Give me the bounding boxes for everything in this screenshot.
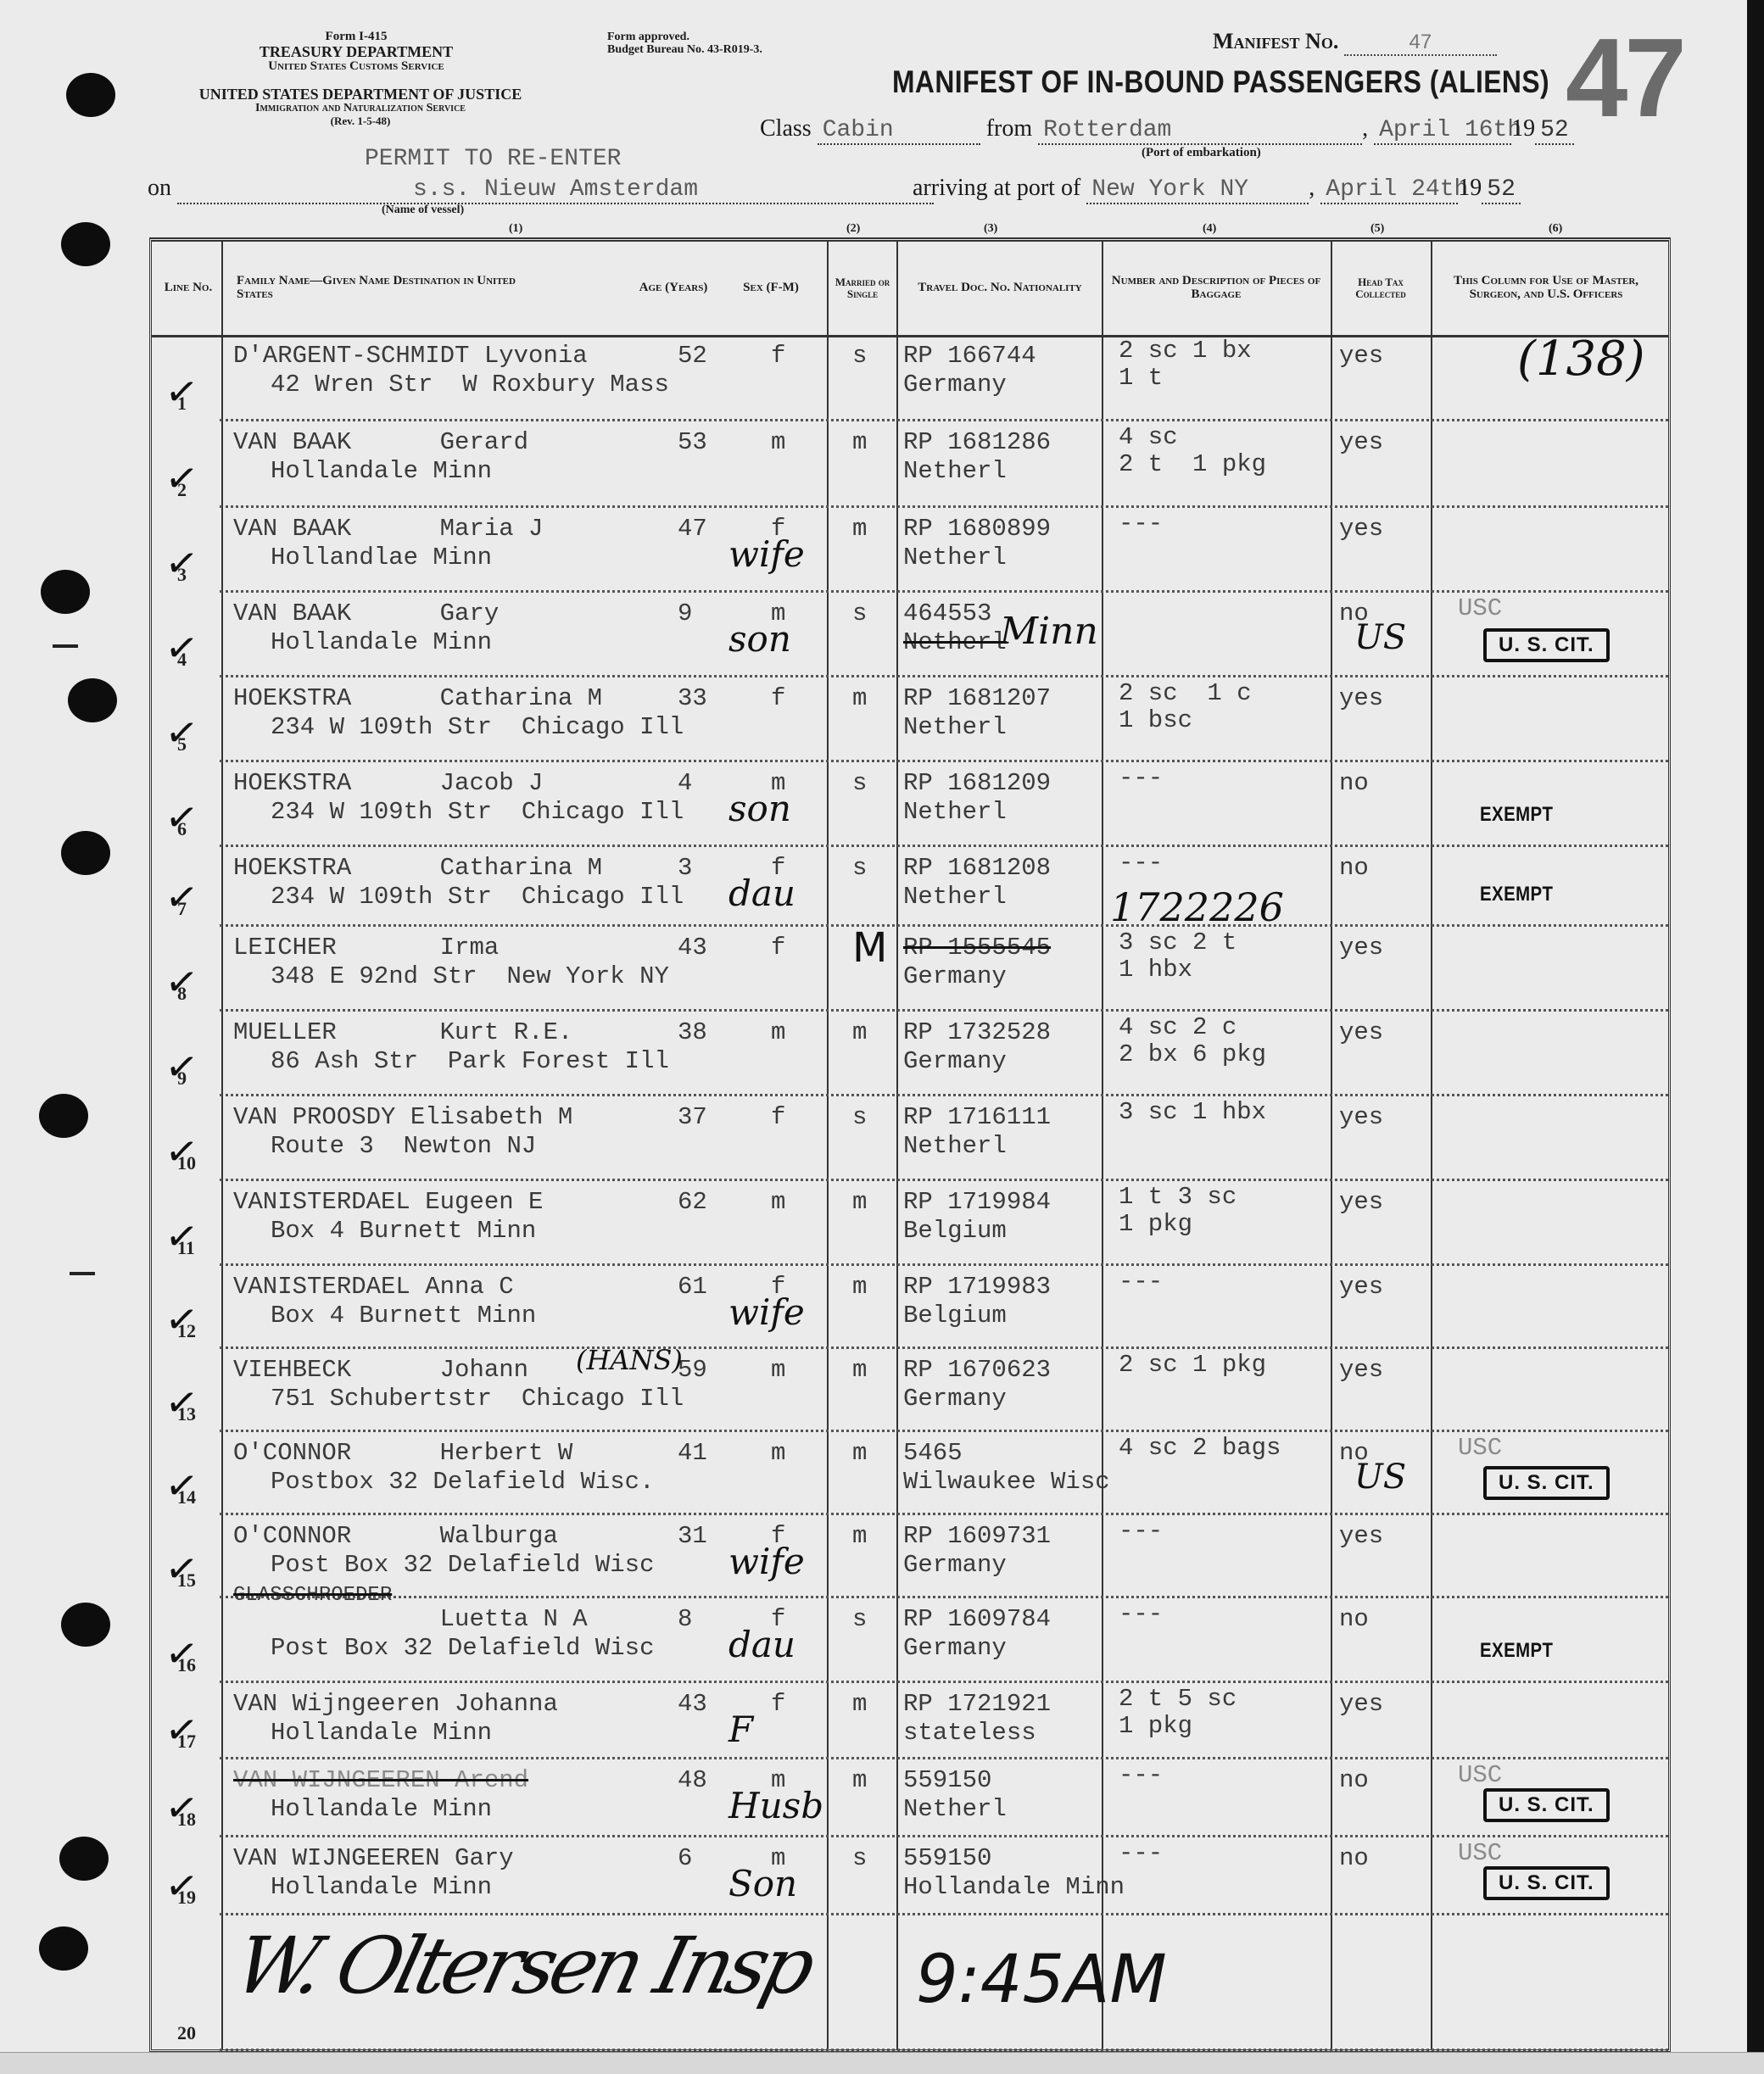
us-citizen-stamp: U. S. CIT. bbox=[1483, 1788, 1610, 1822]
destination: Hollandlae Minn bbox=[271, 544, 492, 572]
age: 48 bbox=[678, 1766, 707, 1795]
marital-status: s bbox=[852, 1605, 867, 1634]
nationality: stateless bbox=[903, 1719, 1036, 1748]
passenger-name: O'CONNOR Herbert W bbox=[233, 1439, 572, 1468]
table-row: ✓ 3 VAN BAAK Maria J Hollandlae Minn 47 … bbox=[152, 508, 1668, 593]
nationality: Germany bbox=[903, 962, 1007, 991]
table-row: ✓ 9 MUELLER Kurt R.E. 86 Ash Str Park Fo… bbox=[152, 1012, 1668, 1096]
line-number: 5 bbox=[177, 733, 187, 755]
punch-hole-icon bbox=[39, 1926, 88, 1971]
line-number: 13 bbox=[177, 1403, 196, 1425]
table-row: ✓ 11 VANISTERDAEL Eugeen E Box 4 Burnett… bbox=[152, 1181, 1668, 1266]
baggage-line-1: --- bbox=[1119, 1600, 1163, 1629]
stamped-page-number: 47 bbox=[1566, 22, 1683, 134]
page-title: MANIFEST OF IN-BOUND PASSENGERS (ALIENS) bbox=[892, 64, 1549, 100]
age: 33 bbox=[678, 684, 707, 713]
header-line-no: Line No. bbox=[160, 242, 216, 335]
manifest-number-field: Manifest No. 47 bbox=[1213, 29, 1497, 56]
head-tax: no bbox=[1339, 1844, 1369, 1873]
line-number: 10 bbox=[177, 1152, 196, 1174]
baggage-line-1: --- bbox=[1119, 1761, 1163, 1790]
arrival-year-prefix: 19 bbox=[1458, 175, 1482, 201]
punch-hole-icon bbox=[61, 831, 110, 875]
head-tax: yes bbox=[1339, 1188, 1383, 1217]
age: 53 bbox=[678, 428, 707, 457]
passenger-name: HOEKSTRA Catharina M bbox=[233, 854, 602, 883]
destination: Postbox 32 Delafield Wisc. bbox=[271, 1468, 654, 1497]
marital-status: m bbox=[852, 1522, 867, 1551]
nationality: Germany bbox=[903, 1047, 1007, 1076]
baggage-line-1: 3 sc 2 t bbox=[1119, 928, 1236, 957]
marital-status: m bbox=[852, 1188, 867, 1217]
destination: Hollandale Minn bbox=[271, 628, 492, 657]
travel-doc-number: RP 1721921 bbox=[903, 1690, 1051, 1719]
baggage-line-1: 4 sc 2 bags bbox=[1119, 1434, 1281, 1463]
sex: m bbox=[771, 1188, 785, 1217]
budget-bureau-number: Budget Bureau No. 43-R019-3. bbox=[607, 43, 762, 56]
baggage-line-2: 1 t bbox=[1119, 364, 1163, 393]
baggage-line-1: --- bbox=[1119, 1839, 1163, 1868]
vessel-line: on s.s. Nieuw Amsterdam bbox=[148, 175, 934, 204]
vessel-name: s.s. Nieuw Amsterdam bbox=[177, 176, 934, 204]
marital-status: m bbox=[852, 1356, 867, 1385]
baggage-line-1: 3 sc 1 hbx bbox=[1119, 1098, 1266, 1127]
ins-title: Immigration and Naturalization Service bbox=[144, 103, 577, 115]
nationality: Netherl bbox=[903, 544, 1007, 572]
destination: Route 3 Newton NJ bbox=[271, 1132, 536, 1161]
manifest-number-value: 47 bbox=[1344, 31, 1497, 56]
header-head-tax: Head Tax Collected bbox=[1334, 242, 1427, 335]
handwritten-relation: son bbox=[728, 788, 791, 829]
baggage-line-1: 2 sc 1 c bbox=[1119, 679, 1252, 708]
travel-doc-number: RP 1670623 bbox=[903, 1356, 1051, 1385]
punch-hole-icon bbox=[68, 678, 117, 722]
arrival-line: arriving at port of New York NY, April 2… bbox=[913, 175, 1521, 204]
table-row: ✓ 17 VAN Wijngeeren Johanna Hollandale M… bbox=[152, 1683, 1668, 1759]
line-number: 6 bbox=[177, 818, 187, 840]
sex: m bbox=[771, 1439, 785, 1468]
travel-doc-number: RP 1681208 bbox=[903, 854, 1051, 883]
handwritten-nationality: Minn bbox=[1000, 610, 1098, 653]
destination: 234 W 109th Str Chicago Ill bbox=[271, 713, 684, 742]
inspector-signature: W. Oltersen Insp bbox=[226, 1921, 820, 2011]
head-tax: yes bbox=[1339, 428, 1383, 457]
revision: (Rev. 1-5-48) bbox=[144, 115, 577, 127]
table-row: ✓ 4 VAN BAAK Gary Hollandale Minn 9 m s … bbox=[152, 593, 1668, 677]
punch-hole-icon bbox=[41, 570, 90, 614]
passenger-name: VAN BAAK Maria J bbox=[233, 515, 543, 544]
class-label: Class bbox=[760, 115, 812, 142]
table-row: ✓ 2 VAN BAAK Gerard Hollandale Minn 53 m… bbox=[152, 421, 1668, 508]
destination: Box 4 Burnett Minn bbox=[271, 1217, 536, 1246]
header-sex: Sex (F-M) bbox=[737, 242, 805, 335]
line-number: 1 bbox=[177, 393, 187, 415]
passenger-name: O'CONNOR Walburga bbox=[233, 1522, 558, 1551]
destination: 234 W 109th Str Chicago Ill bbox=[271, 883, 684, 912]
destination: 234 W 109th Str Chicago Ill bbox=[271, 798, 684, 827]
baggage-line-1: --- bbox=[1119, 510, 1163, 538]
table-row: ✓ 6 HOEKSTRA Jacob J 234 W 109th Str Chi… bbox=[152, 762, 1668, 847]
head-tax: no bbox=[1339, 1605, 1369, 1634]
marital-status: m bbox=[852, 1273, 867, 1302]
exempt-stamp: EXEMPT bbox=[1480, 803, 1553, 827]
line-number: 12 bbox=[177, 1320, 196, 1342]
line-number: 19 bbox=[177, 1887, 196, 1909]
handwritten-doc-number: 1722226 bbox=[1110, 884, 1284, 930]
age: 9 bbox=[678, 599, 692, 628]
table-row: ✓ 10 VAN PROOSDY Elisabeth M Route 3 New… bbox=[152, 1096, 1668, 1181]
line-number: 8 bbox=[177, 983, 187, 1005]
from-label: from bbox=[986, 115, 1032, 142]
table-row: ✓ 12 VANISTERDAEL Anna C Box 4 Burnett M… bbox=[152, 1266, 1668, 1349]
head-tax: yes bbox=[1339, 1690, 1383, 1719]
handwritten-relation: Husb bbox=[728, 1785, 823, 1826]
header-baggage: Number and Description of Pieces of Bagg… bbox=[1105, 242, 1327, 335]
travel-doc-number: 5465 bbox=[903, 1439, 963, 1468]
passenger-name: VAN BAAK Gerard bbox=[233, 428, 528, 457]
table-row: ✓ 8 LEICHER Irma 348 E 92nd Str New York… bbox=[152, 927, 1668, 1012]
destination: Box 4 Burnett Minn bbox=[271, 1302, 536, 1330]
header-officers: This Column for Use of Master, Surgeon, … bbox=[1436, 242, 1656, 335]
baggage-line-1: 2 t 5 sc bbox=[1119, 1685, 1236, 1714]
header-name-destination: Family Name—Given Name Destination in Un… bbox=[237, 242, 525, 335]
handwritten-relation: dau bbox=[728, 873, 795, 914]
line-number: 2 bbox=[177, 479, 187, 501]
line-number: 17 bbox=[177, 1731, 196, 1753]
head-tax: yes bbox=[1339, 1356, 1383, 1385]
line-number: 18 bbox=[177, 1809, 196, 1831]
signature-time: 9:45AM bbox=[916, 1942, 1167, 2018]
column-number: (1) bbox=[509, 222, 522, 236]
us-citizen-stamp: U. S. CIT. bbox=[1483, 1866, 1610, 1900]
table-row: ✓ 13 VIEHBECK Johann 751 Schubertstr Chi… bbox=[152, 1349, 1668, 1432]
vessel-caption: (Name of vessel) bbox=[382, 203, 464, 217]
marital-status: s bbox=[852, 599, 867, 628]
travel-doc-number: RP 1609784 bbox=[903, 1605, 1051, 1634]
baggage-line-2: 2 bx 6 pkg bbox=[1119, 1040, 1266, 1069]
handwritten-relation: wife bbox=[728, 533, 805, 575]
nationality: Germany bbox=[903, 1634, 1007, 1663]
nationality: Germany bbox=[903, 1551, 1007, 1580]
nationality: Wilwaukee Wisc bbox=[903, 1468, 1110, 1497]
exempt-stamp: EXEMPT bbox=[1480, 1639, 1553, 1663]
baggage-line-2: 2 t 1 pkg bbox=[1119, 450, 1266, 479]
passenger-name: VIEHBECK Johann bbox=[233, 1356, 528, 1385]
doj-title: UNITED STATES DEPARTMENT OF JUSTICE bbox=[144, 86, 577, 103]
table-row: ✓ 19 VAN WIJNGEEREN Gary Hollandale Minn… bbox=[152, 1837, 1668, 1915]
age: 47 bbox=[678, 515, 707, 544]
head-tax: no bbox=[1339, 854, 1369, 883]
age: 52 bbox=[678, 342, 707, 371]
nationality: Netherl bbox=[903, 1795, 1007, 1824]
destination: Hollandale Minn bbox=[271, 1719, 492, 1748]
head-tax: yes bbox=[1339, 515, 1383, 544]
punch-hole-icon bbox=[61, 222, 110, 266]
table-row: ✓ 14 O'CONNOR Herbert W Postbox 32 Delaf… bbox=[152, 1432, 1668, 1515]
punch-hole-icon bbox=[61, 1603, 110, 1647]
age: 4 bbox=[678, 769, 692, 798]
sex: f bbox=[771, 934, 785, 962]
customs-service: United States Customs Service bbox=[204, 60, 509, 74]
baggage-line-1: --- bbox=[1119, 849, 1163, 878]
nationality: Germany bbox=[903, 371, 1007, 399]
travel-doc-number: RP 1681286 bbox=[903, 428, 1051, 457]
marital-status: s bbox=[852, 854, 867, 883]
column-number: (2) bbox=[846, 222, 860, 236]
nationality: Netherl bbox=[903, 713, 1007, 742]
nationality: Belgium bbox=[903, 1302, 1007, 1330]
sex: m bbox=[771, 1356, 785, 1385]
line-number: 20 bbox=[177, 2022, 196, 2044]
table-row: ✓ 18 VAN WIJNGEEREN Arend Hollandale Min… bbox=[152, 1759, 1668, 1837]
embarkation-port: Rotterdam bbox=[1038, 117, 1362, 145]
marital-status: M bbox=[852, 934, 887, 962]
form-number: Form I-415 bbox=[204, 31, 509, 44]
baggage-line-2: 1 hbx bbox=[1119, 956, 1192, 984]
header-travel-doc: Travel Doc. No. Nationality bbox=[915, 242, 1085, 335]
line-number: 14 bbox=[177, 1486, 196, 1508]
marital-status: m bbox=[852, 515, 867, 544]
column-number: (6) bbox=[1549, 222, 1562, 236]
line-number: 3 bbox=[177, 564, 187, 586]
travel-doc-number: RP 1681209 bbox=[903, 769, 1051, 798]
destination: 42 Wren Str W Roxbury Mass bbox=[271, 371, 669, 399]
passenger-name: HOEKSTRA Catharina M bbox=[233, 684, 602, 713]
passenger-name: MUELLER Kurt R.E. bbox=[233, 1018, 572, 1047]
destination: 86 Ash Str Park Forest Ill bbox=[271, 1047, 669, 1076]
baggage-line-1: --- bbox=[1119, 764, 1163, 793]
departure-year-prefix: 19 bbox=[1511, 115, 1535, 142]
travel-doc-number: RP 166744 bbox=[903, 342, 1036, 371]
passenger-name: VAN PROOSDY Elisabeth M bbox=[233, 1103, 572, 1132]
passenger-name: VANISTERDAEL Eugeen E bbox=[233, 1188, 543, 1217]
nationality: Hollandale Minn bbox=[903, 1873, 1125, 1902]
table-header: Line No. Family Name—Given Name Destinat… bbox=[152, 242, 1668, 337]
arriving-label: arriving at port of bbox=[913, 175, 1080, 201]
departure-year: 52 bbox=[1535, 117, 1574, 145]
sex: m bbox=[771, 428, 785, 457]
line-number: 15 bbox=[177, 1569, 196, 1592]
travel-doc-number: RP 1719984 bbox=[903, 1188, 1051, 1217]
treasury-header: Form I-415 TREASURY DEPARTMENT United St… bbox=[204, 31, 509, 73]
passenger-name: VANISTERDAEL Anna C bbox=[233, 1273, 514, 1302]
destination: 751 Schubertstr Chicago Ill bbox=[271, 1385, 684, 1413]
marital-status: s bbox=[852, 1844, 867, 1873]
officer-note: USC bbox=[1458, 1761, 1502, 1790]
arrival-port: New York NY bbox=[1086, 176, 1309, 204]
passenger-name: D'ARGENT-SCHMIDT Lyvonia bbox=[233, 342, 588, 371]
marital-status: m bbox=[852, 1766, 867, 1795]
age: 6 bbox=[678, 1844, 692, 1873]
form-approval: Form approved. Budget Bureau No. 43-R019… bbox=[607, 31, 762, 57]
passenger-name: LEICHER Irma bbox=[233, 934, 499, 962]
head-tax: yes bbox=[1339, 684, 1383, 713]
travel-doc-number: 559150 bbox=[903, 1844, 991, 1873]
manifest-number-label: Manifest No. bbox=[1213, 29, 1338, 53]
exempt-stamp: EXEMPT bbox=[1480, 883, 1553, 906]
line-number: 9 bbox=[177, 1068, 187, 1090]
destination: Post Box 32 Delafield Wisc bbox=[271, 1551, 654, 1580]
officer-note: USC bbox=[1458, 1839, 1502, 1868]
handwritten-nickname: (HANS) bbox=[576, 1344, 683, 1376]
officer-note: USC bbox=[1458, 594, 1502, 623]
handwritten-relation: F bbox=[728, 1709, 753, 1750]
passenger-name: VAN BAAK Gary bbox=[233, 599, 499, 628]
handwritten-tax-note: US bbox=[1354, 618, 1406, 657]
nationality: Netherl bbox=[903, 798, 1007, 827]
marital-status: m bbox=[852, 428, 867, 457]
head-tax: yes bbox=[1339, 1018, 1383, 1047]
line-number: 4 bbox=[177, 649, 187, 671]
nationality: Germany bbox=[903, 1385, 1007, 1413]
destination: Hollandale Minn bbox=[271, 457, 492, 486]
baggage-line-2: 1 pkg bbox=[1119, 1712, 1192, 1741]
departure-date: April 16th bbox=[1374, 117, 1511, 145]
handwritten-tax-note: US bbox=[1354, 1458, 1406, 1497]
destination: 348 E 92nd Str New York NY bbox=[271, 962, 669, 991]
age: 8 bbox=[678, 1605, 692, 1634]
punch-hole-icon bbox=[66, 73, 115, 117]
age: 62 bbox=[678, 1188, 707, 1217]
handwritten-relation: dau bbox=[728, 1624, 795, 1665]
baggage-line-1: --- bbox=[1119, 1517, 1163, 1546]
destination: Hollandale Minn bbox=[271, 1873, 492, 1902]
table-row: ✓ 7 HOEKSTRA Catharina M 234 W 109th Str… bbox=[152, 847, 1668, 927]
head-tax: no bbox=[1339, 1766, 1369, 1795]
sex: f bbox=[771, 684, 785, 713]
age: 38 bbox=[678, 1018, 707, 1047]
nationality: Netherl bbox=[903, 628, 1007, 657]
age: 43 bbox=[678, 1690, 707, 1719]
travel-doc-number: RP 1555545 bbox=[903, 934, 1051, 962]
head-tax: yes bbox=[1339, 1103, 1383, 1132]
class-from-line: Class Cabin from Rotterdam, April 16th19… bbox=[760, 115, 1574, 145]
destination: Hollandale Minn bbox=[271, 1795, 492, 1824]
handwritten-relation: wife bbox=[728, 1541, 805, 1582]
line-number: 7 bbox=[177, 898, 187, 920]
nationality: Netherl bbox=[903, 457, 1007, 486]
head-tax: no bbox=[1339, 769, 1369, 798]
baggage-line-1: 1 t 3 sc bbox=[1119, 1183, 1236, 1212]
baggage-line-1: --- bbox=[1119, 1268, 1163, 1296]
margin-mark bbox=[53, 644, 78, 648]
age: 37 bbox=[678, 1103, 707, 1132]
header-age: Age (Years) bbox=[635, 242, 712, 335]
baggage-line-1: 2 sc 1 pkg bbox=[1119, 1351, 1266, 1380]
marital-status: m bbox=[852, 684, 867, 713]
arrival-date: April 24th bbox=[1320, 176, 1458, 204]
travel-doc-number: 464553 bbox=[903, 599, 991, 628]
baggage-line-1: 4 sc bbox=[1119, 423, 1178, 452]
margin-mark bbox=[70, 1272, 95, 1275]
passenger-name: HOEKSTRA Jacob J bbox=[233, 769, 543, 798]
sex: f bbox=[771, 1690, 785, 1719]
row-divider bbox=[220, 2049, 1668, 2051]
column-number: (5) bbox=[1370, 222, 1384, 236]
age: 43 bbox=[678, 934, 707, 962]
sex: f bbox=[771, 342, 785, 371]
marital-status: m bbox=[852, 1690, 867, 1719]
marital-status: m bbox=[852, 1439, 867, 1468]
nationality: Netherl bbox=[903, 883, 1007, 912]
table-row: ✓ 1 D'ARGENT-SCHMIDT Lyvonia 42 Wren Str… bbox=[152, 335, 1668, 421]
permit-note: PERMIT TO RE-ENTER bbox=[365, 146, 621, 172]
travel-doc-number: RP 1681207 bbox=[903, 684, 1051, 713]
sex: f bbox=[771, 1103, 785, 1132]
handwritten-relation: Son bbox=[728, 1863, 797, 1904]
destination: Post Box 32 Delafield Wisc bbox=[271, 1634, 654, 1663]
nationality: Belgium bbox=[903, 1217, 1007, 1246]
travel-doc-number: RP 1732528 bbox=[903, 1018, 1051, 1047]
marital-status: s bbox=[852, 342, 867, 371]
column-number: (3) bbox=[984, 222, 997, 236]
header-married: Married or Single bbox=[830, 242, 895, 335]
on-label: on bbox=[148, 175, 171, 201]
punch-hole-icon bbox=[59, 1837, 109, 1881]
table-row: ✓ 15 O'CONNOR Walburga Post Box 32 Delaf… bbox=[152, 1515, 1668, 1598]
marital-status: s bbox=[852, 769, 867, 798]
travel-doc-number: RP 1680899 bbox=[903, 515, 1051, 544]
arrival-year: 52 bbox=[1482, 176, 1521, 204]
head-tax: yes bbox=[1339, 342, 1383, 371]
marital-status: s bbox=[852, 1103, 867, 1132]
marital-status: m bbox=[852, 1018, 867, 1047]
head-tax: yes bbox=[1339, 1273, 1383, 1302]
passenger-name: VAN WIJNGEEREN Arend bbox=[233, 1766, 528, 1795]
officer-note: USC bbox=[1458, 1434, 1502, 1463]
viewer-bottom-bar bbox=[0, 2052, 1764, 2074]
nationality: Netherl bbox=[903, 1132, 1007, 1161]
age: 61 bbox=[678, 1273, 707, 1302]
officer-note: (138) bbox=[1517, 332, 1645, 387]
manifest-page: Form I-415 TREASURY DEPARTMENT United St… bbox=[0, 0, 1747, 2052]
treasury-dept: TREASURY DEPARTMENT bbox=[204, 44, 509, 60]
baggage-line-1: 4 sc 2 c bbox=[1119, 1013, 1236, 1042]
age: 41 bbox=[678, 1439, 707, 1468]
passenger-name: VAN Wijngeeren Johanna bbox=[233, 1690, 558, 1719]
punch-hole-icon bbox=[39, 1094, 88, 1138]
travel-doc-number: RP 1609731 bbox=[903, 1522, 1051, 1551]
us-citizen-stamp: U. S. CIT. bbox=[1483, 1466, 1610, 1500]
class-value: Cabin bbox=[818, 117, 980, 145]
table-row: ✓ 5 HOEKSTRA Catharina M 234 W 109th Str… bbox=[152, 677, 1668, 762]
head-tax: yes bbox=[1339, 934, 1383, 962]
passenger-name: VAN WIJNGEEREN Gary bbox=[233, 1844, 514, 1873]
table-row: ✓ 16 Luetta N A Post Box 32 Delafield Wi… bbox=[152, 1598, 1668, 1683]
age: 3 bbox=[678, 854, 692, 883]
baggage-line-2: 1 pkg bbox=[1119, 1210, 1192, 1239]
travel-doc-number: 559150 bbox=[903, 1766, 991, 1795]
handwritten-relation: wife bbox=[728, 1291, 805, 1333]
passenger-name: Luetta N A bbox=[233, 1605, 588, 1634]
line-number: 16 bbox=[177, 1654, 196, 1676]
line-number: 11 bbox=[177, 1237, 195, 1259]
travel-doc-number: RP 1719983 bbox=[903, 1273, 1051, 1302]
us-citizen-stamp: U. S. CIT. bbox=[1483, 628, 1610, 662]
sex: m bbox=[771, 1018, 785, 1047]
scan-edge bbox=[1747, 0, 1764, 2074]
approval-line: Form approved. bbox=[607, 31, 762, 43]
baggage-line-2: 1 bsc bbox=[1119, 706, 1192, 735]
head-tax: yes bbox=[1339, 1522, 1383, 1551]
column-number: (4) bbox=[1203, 222, 1216, 236]
doj-header: UNITED STATES DEPARTMENT OF JUSTICE Immi… bbox=[144, 86, 577, 126]
port-caption: (Port of embarkation) bbox=[1142, 146, 1261, 160]
passenger-table: Line No. Family Name—Given Name Destinat… bbox=[149, 237, 1671, 2052]
age: 31 bbox=[678, 1522, 707, 1551]
travel-doc-number: RP 1716111 bbox=[903, 1103, 1051, 1132]
baggage-line-1: 2 sc 1 bx bbox=[1119, 337, 1252, 365]
